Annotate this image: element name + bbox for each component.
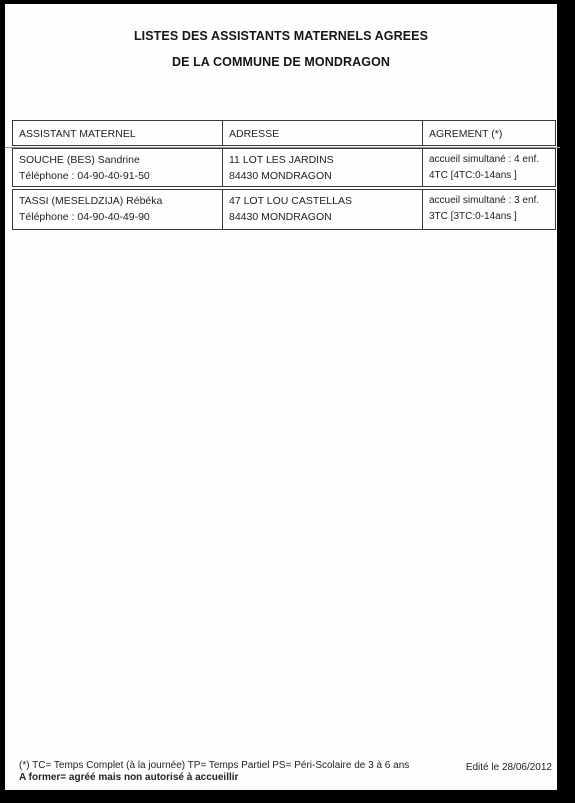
document-page: LISTES DES ASSISTANTS MATERNELS AGREES D… — [5, 4, 557, 790]
assistant-name: SOUCHE (BES) Sandrine — [19, 152, 222, 168]
document-title: LISTES DES ASSISTANTS MATERNELS AGREES — [5, 29, 557, 43]
footer-note: A former= agréé mais non autorisé à accu… — [19, 772, 238, 783]
agrement-detail: 3TC [3TC:0-14ans ] — [429, 209, 555, 225]
assistant-cell: SOUCHE (BES) Sandrine Téléphone : 04-90-… — [13, 149, 223, 186]
table-row: TASSI (MESELDZIJA) Rébéka Téléphone : 04… — [12, 189, 556, 230]
header-agrement: AGREMENT (*) — [423, 121, 555, 145]
assistant-name: TASSI (MESELDZIJA) Rébéka — [19, 193, 222, 209]
assistant-phone: Téléphone : 04-90-40-91-50 — [19, 168, 222, 184]
address-city: 84430 MONDRAGON — [229, 209, 422, 225]
agrement-cell: accueil simultané : 3 enf. 3TC [3TC:0-14… — [423, 190, 555, 229]
table-header-row: ASSISTANT MATERNEL ADRESSE AGREMENT (*) — [12, 120, 556, 146]
agrement-detail: 4TC [4TC:0-14ans ] — [429, 168, 555, 184]
address-street: 47 LOT LOU CASTELLAS — [229, 193, 422, 209]
table-row: SOUCHE (BES) Sandrine Téléphone : 04-90-… — [12, 148, 556, 187]
agrement-capacity: accueil simultané : 4 enf. — [429, 152, 555, 168]
address-cell: 11 LOT LES JARDINS 84430 MONDRAGON — [223, 149, 423, 186]
footer-legend: (*) TC= Temps Complet (à la journée) TP=… — [19, 760, 409, 771]
assistant-cell: TASSI (MESELDZIJA) Rébéka Téléphone : 04… — [13, 190, 223, 229]
address-city: 84430 MONDRAGON — [229, 168, 422, 184]
agrement-cell: accueil simultané : 4 enf. 4TC [4TC:0-14… — [423, 149, 555, 186]
address-cell: 47 LOT LOU CASTELLAS 84430 MONDRAGON — [223, 190, 423, 229]
assistant-phone: Téléphone : 04-90-40-49-90 — [19, 209, 222, 225]
agrement-capacity: accueil simultané : 3 enf. — [429, 193, 555, 209]
header-adresse: ADRESSE — [223, 121, 423, 145]
header-assistant: ASSISTANT MATERNEL — [13, 121, 223, 145]
address-street: 11 LOT LES JARDINS — [229, 152, 422, 168]
edit-date: Edité le 28/06/2012 — [466, 762, 552, 773]
document-subtitle: DE LA COMMUNE DE MONDRAGON — [5, 55, 557, 69]
